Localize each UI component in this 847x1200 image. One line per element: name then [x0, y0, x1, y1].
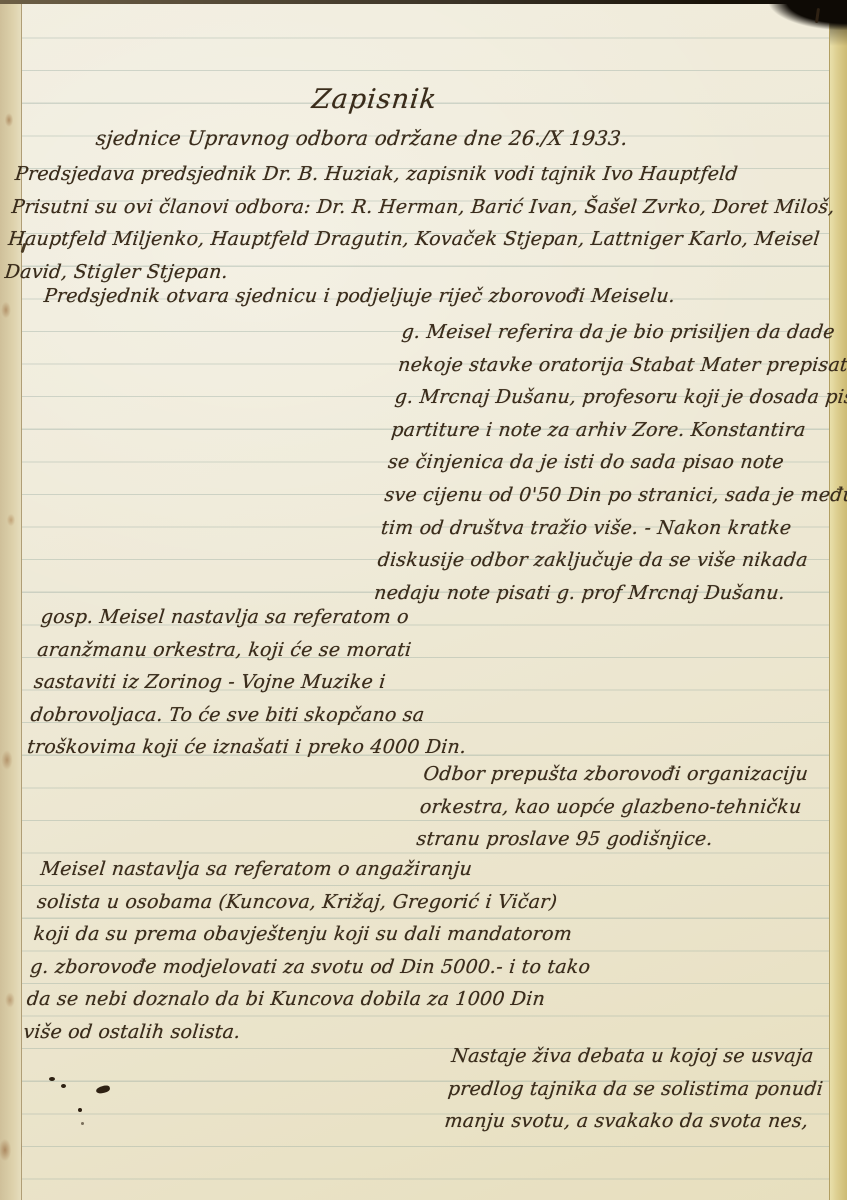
session-opening-line: Predsjednik otvara sjednicu i podjeljuje…: [43, 285, 676, 307]
handwritten-line: aranžmanu orkestra, koji će se morati: [36, 634, 478, 667]
orchestra-report-block: gosp. Meisel nastavlja sa referatom oara…: [25, 601, 481, 764]
handwritten-line: gosp. Meisel nastavlja sa referatom o: [39, 601, 481, 634]
scanned-notebook-page: Zapisnik sjednice Upravnog odbora održan…: [0, 0, 847, 1200]
handwritten-line: g. Meisel referira da je bio prisiljen d…: [400, 316, 847, 349]
ink-blot: [49, 1077, 55, 1081]
handwritten-line: solista u osobama (Kuncova, Križaj, Greg…: [35, 886, 598, 919]
handwritten-line: se činjenica da je isti do sada pisao no…: [386, 446, 847, 479]
handwritten-line: g. zborovođe modjelovati za svotu od Din…: [29, 951, 592, 984]
attendees-paragraph: Predsjedava predsjednik Dr. B. Huziak, z…: [3, 158, 840, 288]
handwritten-line: sastaviti iz Zorinog - Vojne Muzike i: [32, 666, 474, 699]
handwritten-line: diskusije odbor zaključuje da se više ni…: [376, 544, 847, 577]
session-subtitle: sjednice Upravnog odbora održane dne 26.…: [95, 126, 629, 150]
handwritten-line: Predsjedava predsjednik Dr. B. Huziak, z…: [13, 158, 839, 191]
handwritten-line: Prisutni su ovi članovi odbora: Dr. R. H…: [10, 191, 836, 224]
corner-shadow: [769, 0, 847, 30]
ink-blot: [81, 1122, 84, 1125]
handwritten-line: orkestra, kao uopće glazbeno-tehničku: [418, 791, 806, 824]
referat-notes-block: g. Meisel referira da je bio prisiljen d…: [373, 316, 847, 609]
soloists-report-block: Meisel nastavlja sa referatom o angažira…: [22, 853, 602, 1049]
handwritten-line: nekoje stavke oratorija Stabat Mater pre…: [397, 349, 847, 382]
handwritten-line: koji da su prema obavještenju koji su da…: [32, 918, 595, 951]
handwritten-line: stranu proslave 95 godišnjice.: [415, 823, 803, 856]
handwritten-line: sve cijenu od 0'50 Din po stranici, sada…: [383, 479, 847, 512]
scan-top-edge: [0, 0, 847, 4]
handwritten-line: Odbor prepušta zborovođi organizaciju: [422, 758, 810, 791]
handwritten-line: partiture i note za arhiv Zore. Konstant…: [390, 414, 847, 447]
ink-blot: [78, 1108, 82, 1112]
handwritten-line: Meisel nastavlja sa referatom o angažira…: [39, 853, 602, 886]
ink-blot: [61, 1084, 66, 1088]
handwritten-line: dobrovoljaca. To će sve biti skopčano sa: [29, 699, 471, 732]
board-decision-block: Odbor prepušta zborovođi organizacijuork…: [415, 758, 810, 856]
page-title: Zapisnik: [310, 84, 438, 115]
handwritten-line: tim od društva tražio više. - Nakon krat…: [379, 512, 847, 545]
handwritten-line: da se nebi doznalo da bi Kuncova dobila …: [25, 983, 588, 1016]
handwritten-line: manju svotu, a svakako da svota nes,: [443, 1105, 822, 1138]
debate-block: Nastaje živa debata u kojoj se usvajapre…: [443, 1040, 828, 1138]
handwritten-line: Nastaje živa debata u kojoj se usvaja: [450, 1040, 829, 1073]
handwritten-line: g. Mrcnaj Dušanu, profesoru koji je dosa…: [393, 381, 847, 414]
handwritten-line: predlog tajnika da se solistima ponudi: [446, 1073, 825, 1106]
handwritten-line: Hauptfeld Miljenko, Hauptfeld Dragutin, …: [7, 223, 833, 256]
handwritten-line: troškovima koji će iznašati i preko 4000…: [25, 731, 467, 764]
handwritten-line: David, Stigler Stjepan.: [3, 256, 829, 289]
